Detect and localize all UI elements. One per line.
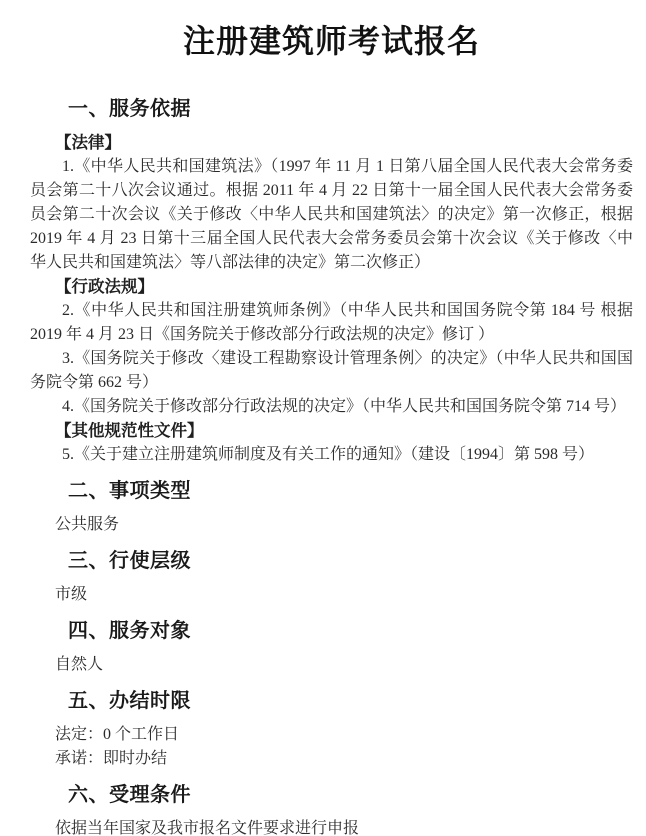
section-heading-service-basis: 一、服务依据	[68, 96, 633, 122]
section-heading-acceptance-conditions: 六、受理条件	[68, 782, 633, 808]
item-type-value: 公共服务	[55, 513, 633, 537]
legal-item-2: 2.《中华人民共和国注册建筑师条例》（中华人民共和国国务院令第 184 号 根据…	[30, 299, 633, 347]
legal-group-label-other-normative-documents: 【其他规范性文件】	[55, 419, 633, 443]
legal-item-1: 1.《中华人民共和国建筑法》（1997 年 11 月 1 日第八届全国人民代表大…	[30, 155, 633, 275]
legal-item-5: 5.《关于建立注册建筑师制度及有关工作的通知》（建设〔1994〕第 598 号）	[30, 443, 633, 467]
acceptance-conditions-value: 依据当年国家及我市报名文件要求进行申报	[55, 817, 633, 836]
document-title: 注册建筑师考试报名	[30, 22, 633, 60]
legal-group-label-administrative-regulations: 【行政法规】	[55, 275, 633, 299]
section-heading-service-target: 四、服务对象	[68, 618, 633, 644]
exercise-level-value: 市级	[55, 583, 633, 607]
section-heading-completion-time-limit: 五、办结时限	[68, 688, 633, 714]
section-heading-item-type: 二、事项类型	[68, 478, 633, 504]
document-body: 一、服务依据 【法律】 1.《中华人民共和国建筑法》（1997 年 11 月 1…	[0, 96, 646, 836]
legal-item-4: 4.《国务院关于修改部分行政法规的决定》（中华人民共和国国务院令第 714 号）	[30, 395, 633, 419]
document-page: 注册建筑师考试报名 一、服务依据 【法律】 1.《中华人民共和国建筑法》（199…	[0, 0, 646, 836]
legal-group-label-law: 【法律】	[55, 131, 633, 155]
promised-time-limit-value: 承诺：即时办结	[55, 747, 633, 771]
legal-item-3: 3.《国务院关于修改〈建设工程勘察设计管理条例〉的决定》（中华人民共和国国务院令…	[30, 347, 633, 395]
statutory-time-limit-value: 法定：0 个工作日	[55, 723, 633, 747]
section-heading-exercise-level: 三、行使层级	[68, 548, 633, 574]
service-target-value: 自然人	[55, 653, 633, 677]
